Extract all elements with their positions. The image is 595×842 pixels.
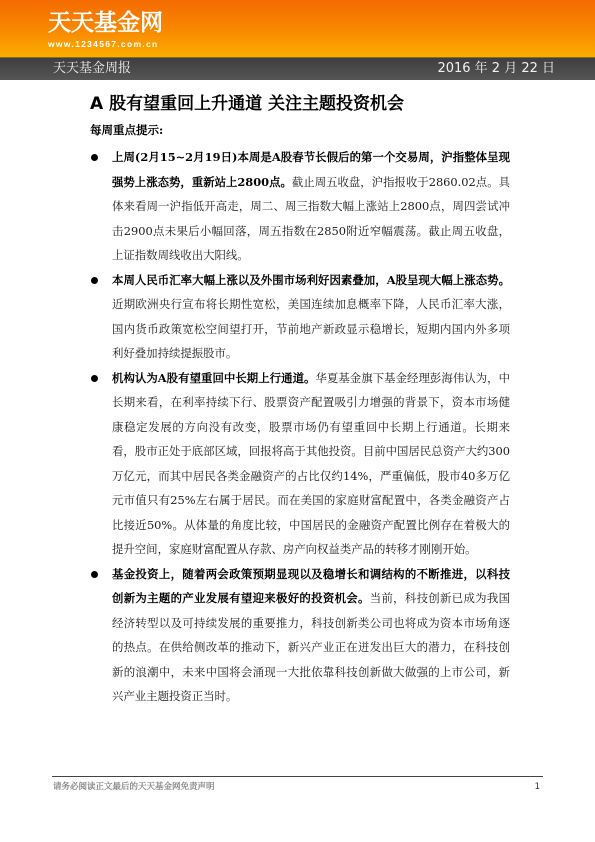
key-points-list: 上周(2月15~2月19日)本周是A股春节长假后的第一个交易周，沪指整体呈现强势… [90,145,510,709]
report-name: 天天基金周报 [53,61,131,77]
top-banner: 天天基金网 www.1234567.com.cn [0,0,595,57]
bullet-headline: 机构认为A股有望重回中长期上行通道。 [112,371,315,385]
logo-url: www.1234567.com.cn [48,39,159,49]
footer-disclaimer: 请务必阅读正文最后的天天基金网免责声明 [53,781,215,793]
bullet-icon [91,571,98,578]
page-title: A 股有望重回上升通道 关注主题投资机会 [90,93,404,115]
bullet-text: 华夏基金旗下基金经理彭海伟认为，中长期来看，在利率持续下行、股票资产配置吸引力增… [112,371,510,557]
bullet-icon [91,277,98,284]
list-item: 机构认为A股有望重回中长期上行通道。华夏基金旗下基金经理彭海伟认为，中长期来看，… [90,366,510,562]
bullet-text: 近期欧洲央行宣布将长期性宽松，美国连续加息概率下降，人民币汇率大涨，国内货币政策… [112,297,510,360]
bullet-icon [91,154,98,161]
bullet-text: 当前，科技创新已成为我国经济转型以及可持续发展的重要推力，科技创新类公司也将成为… [112,591,510,703]
footer-divider [52,776,543,777]
list-item: 本周人民币汇率大幅上涨以及外围市场利好因素叠加，A股呈现大幅上涨态势。近期欧洲央… [90,268,510,366]
report-date: 2016 年 2 月 22 日 [437,61,555,77]
section-label: 每周重点提示: [90,122,163,138]
bullet-headline: 本周人民币汇率大幅上涨以及外围市场利好因素叠加，A股呈现大幅上涨态势。 [112,273,510,287]
list-item: 基金投资上，随着两会政策预期显现以及稳增长和调结构的不断推进，以科技创新为主题的… [90,562,510,709]
list-item: 上周(2月15~2月19日)本周是A股春节长假后的第一个交易周，沪指整体呈现强势… [90,145,510,268]
report-bar: 天天基金周报 2016 年 2 月 22 日 [0,57,595,80]
bullet-icon [91,375,98,382]
page-number: 1 [535,781,540,793]
logo: 天天基金网 [48,10,163,36]
